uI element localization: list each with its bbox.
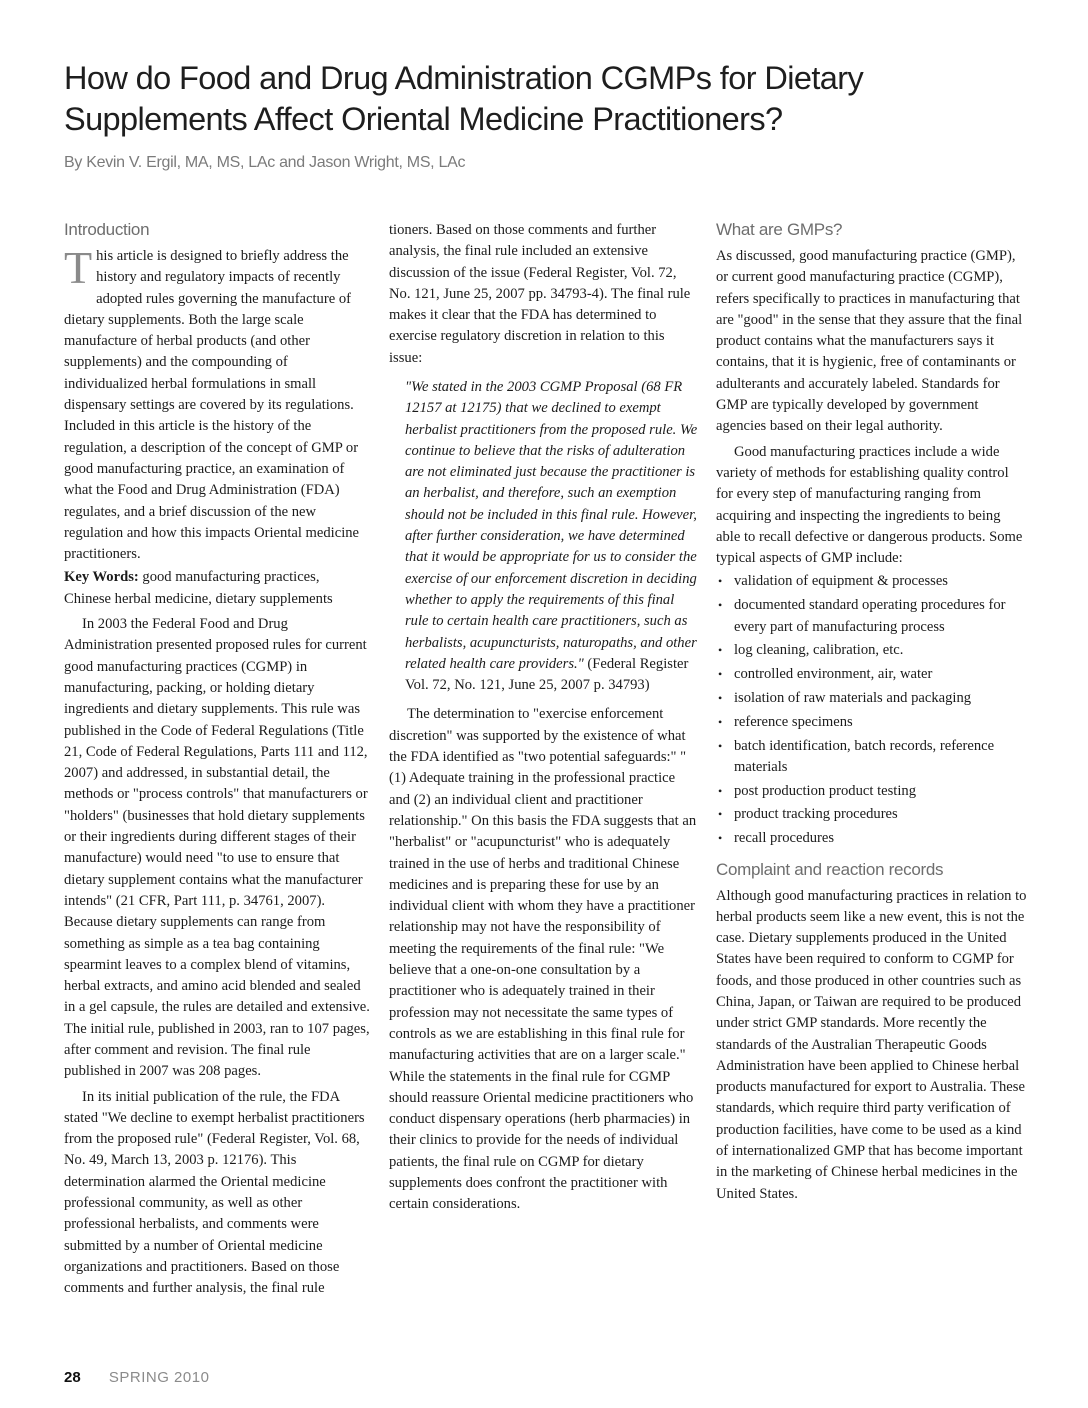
list-item: •batch identification, batch records, re… bbox=[716, 736, 1028, 779]
body-paragraph-enforcement-discretion: The determination to "exercise enforceme… bbox=[389, 704, 699, 1215]
continued-paragraph: tioners. Based on those comments and fur… bbox=[389, 220, 699, 369]
para3-continued-text: tioners. Based on those comments and fur… bbox=[389, 222, 690, 366]
bullet-icon: • bbox=[718, 688, 722, 709]
complaint-paragraph: Although good manufacturing practices in… bbox=[716, 886, 1028, 1205]
bullet-icon: • bbox=[718, 640, 722, 661]
list-item: •documented standard operating procedure… bbox=[716, 595, 1028, 638]
article-title: How do Food and Drug Administration CGMP… bbox=[64, 58, 1044, 140]
list-item: •controlled environment, air, water bbox=[716, 664, 1028, 685]
bullet-icon: • bbox=[718, 664, 722, 685]
bullet-icon: • bbox=[718, 595, 722, 616]
bullet-icon: • bbox=[718, 571, 722, 592]
section-heading-what-are-gmps: What are GMPs? bbox=[716, 218, 1028, 242]
list-item: •product tracking procedures bbox=[716, 804, 1028, 825]
gmp-paragraph-1: As discussed, good manufacturing practic… bbox=[716, 246, 1028, 438]
bullet-icon: • bbox=[718, 804, 722, 825]
page-footer: 28 SPRING 2010 bbox=[64, 1369, 209, 1386]
list-item: •validation of equipment & processes bbox=[716, 571, 1028, 592]
keywords: Key Words: good manufacturing practices,… bbox=[64, 567, 370, 610]
quote-text: "We stated in the 2003 CGMP Proposal (68… bbox=[405, 379, 697, 672]
para3-text: In its initial publication of the rule, … bbox=[64, 1089, 365, 1297]
bullet-icon: • bbox=[718, 712, 722, 733]
list-item: •recall procedures bbox=[716, 828, 1028, 849]
section-heading-complaint-records: Complaint and reaction records bbox=[716, 858, 1028, 882]
list-item: •isolation of raw materials and packagin… bbox=[716, 688, 1028, 709]
section-heading-introduction: Introduction bbox=[64, 218, 370, 242]
page-number: 28 bbox=[64, 1369, 81, 1386]
list-item: •post production product testing bbox=[716, 781, 1028, 802]
body-paragraph-initial-publication: In its initial publication of the rule, … bbox=[64, 1087, 370, 1297]
column-2: tioners. Based on those comments and fur… bbox=[389, 220, 699, 1216]
article-byline: By Kevin V. Ergil, MA, MS, LAc and Jason… bbox=[64, 154, 465, 172]
body-paragraph-2003-rules: In 2003 the Federal Food and Drug Admini… bbox=[64, 614, 370, 1083]
gmp-paragraph-2: Good manufacturing practices include a w… bbox=[716, 442, 1028, 570]
keywords-label: Key Words: bbox=[64, 569, 139, 585]
gmp-aspects-list: •validation of equipment & processes •do… bbox=[716, 571, 1028, 849]
intro-paragraph: This article is designed to briefly addr… bbox=[64, 246, 370, 565]
column-1: Introduction This article is designed to… bbox=[64, 218, 370, 1297]
drop-cap: T bbox=[64, 249, 92, 289]
column-3: What are GMPs? As discussed, good manufa… bbox=[716, 218, 1028, 1205]
issue-label: SPRING 2010 bbox=[109, 1369, 210, 1386]
list-item: •reference specimens bbox=[716, 712, 1028, 733]
list-item: •log cleaning, calibration, etc. bbox=[716, 640, 1028, 661]
bullet-icon: • bbox=[718, 828, 722, 849]
bullet-icon: • bbox=[718, 781, 722, 802]
fda-quote-block: "We stated in the 2003 CGMP Proposal (68… bbox=[405, 377, 699, 696]
bullet-icon: • bbox=[718, 736, 722, 757]
intro-text: his article is designed to briefly addre… bbox=[64, 248, 359, 562]
